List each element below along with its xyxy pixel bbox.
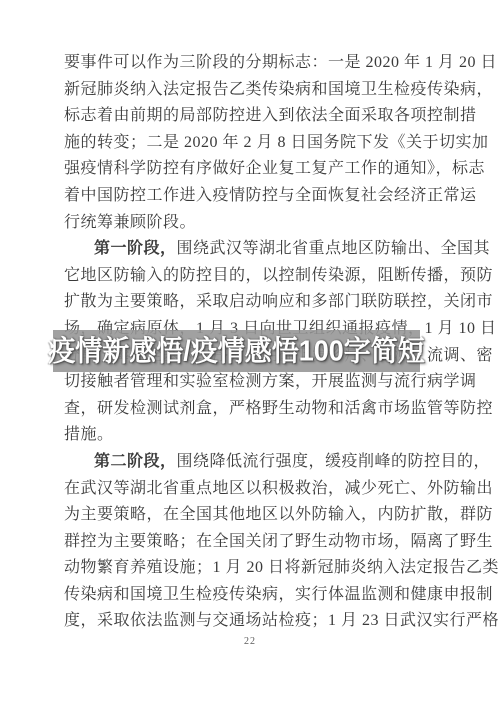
text-line-paragraph-start: 第一阶段，围绕武汉等湖北省重点地区防输出、全国其 [64, 236, 436, 263]
paragraph-heading-phase-2: 第二阶段， [94, 453, 177, 470]
text-line: 查，研发检测试剂盒，严格野生动物和活禽市场监管等防控 [64, 396, 436, 423]
text-line-content: 为主要策略，在全国其他地区以外防输入，内防扩散，群防 [64, 506, 493, 523]
watermark-title-banner: 疫情新感悟/疫情感悟100字简短 [53, 330, 420, 372]
text-line: 施的转变；二是 2020 年 2 月 8 日国务院下发《关于切实加 [64, 130, 436, 157]
text-line: 新冠肺炎纳入法定报告乙类传染病和国境卫生检疫传染病， [64, 77, 436, 104]
text-line-content: 动物繁育养殖设施；1 月 20 日将新冠肺炎纳入法定报告乙类 [64, 559, 499, 576]
text-line: 切接触者管理和实验室检测方案，开展监测与流行病学调 [64, 369, 436, 396]
text-line-content: 在武汉等湖北省重点地区以积极救治，减少死亡、外防输出 [64, 480, 493, 497]
text-line-content: 围绕降低流行强度，缓疫削峰的防控目的， [177, 453, 491, 470]
text-line-content: 群控为主要策略；在全国关闭了野生动物市场，隔离了野生 [64, 533, 493, 550]
text-line: 为主要策略，在全国其他地区以外防输入，内防扩散，群防 [64, 502, 436, 529]
text-line: 行统筹兼顾阶段。 [64, 210, 436, 237]
text-line: 群控为主要策略；在全国关闭了野生动物市场，隔离了野生 [64, 529, 436, 556]
text-line-content: 切接触者管理和实验室检测方案，开展监测与流行病学调 [64, 373, 477, 390]
text-line-content: 传染病和国境卫生检疫传染病，实行体温监测和健康申报制 [64, 586, 493, 603]
text-line: 动物繁育养殖设施；1 月 20 日将新冠肺炎纳入法定报告乙类 [64, 555, 436, 582]
text-line-content: 强疫情科学防控有序做好企业复工复产工作的通知》，标志 [64, 160, 485, 177]
text-line: 措施。 [64, 422, 436, 449]
text-line-content: 新冠肺炎纳入法定报告乙类传染病和国境卫生检疫传染病， [64, 81, 493, 98]
text-line-content: 着中国防控工作进入疫情防控与全面恢复社会经济正常运 [64, 187, 477, 204]
text-line: 传染病和国境卫生检疫传染病，实行体温监测和健康申报制 [64, 582, 436, 609]
text-line: 要事件可以作为三阶段的分期标志：一是 2020 年 1 月 20 日 [64, 50, 436, 77]
text-line: 扩散为主要策略，采取启动响应和多部门联防联控，关闭市 [64, 289, 436, 316]
text-line-content: 行统筹兼顾阶段。 [64, 214, 196, 231]
text-line-content: 它地区防输入的防控目的，以控制传染源，阻断传播，预防 [64, 267, 493, 284]
text-line-content: 标志着由前期的局部防控进入到依法全面采取各项控制措 [64, 107, 477, 124]
text-line: 强疫情科学防控有序做好企业复工复产工作的通知》，标志 [64, 156, 436, 183]
text-line-content: 措施。 [64, 426, 114, 443]
text-line-content: 查，研发检测试剂盒，严格野生动物和活禽市场监管等防控 [64, 400, 493, 417]
text-line-paragraph-start: 第二阶段，围绕降低流行强度，缓疫削峰的防控目的， [64, 449, 436, 476]
paragraph-heading-phase-1: 第一阶段， [94, 240, 177, 257]
text-line: 标志着由前期的局部防控进入到依法全面采取各项控制措 [64, 103, 436, 130]
text-line: 度，采取依法监测与交通场站检疫；1 月 23 日武汉实行严格 [64, 608, 436, 635]
text-line-content: 扩散为主要策略，采取启动响应和多部门联防联控，关闭市 [64, 293, 493, 310]
document-page: 要事件可以作为三阶段的分期标志：一是 2020 年 1 月 20 日 新冠肺炎纳… [0, 0, 500, 706]
text-line-content: 围绕武汉等湖北省重点地区防输出、全国其 [177, 240, 491, 257]
text-line: 它地区防输入的防控目的，以控制传染源，阻断传播，预防 [64, 263, 436, 290]
text-line-content: 施的转变；二是 2020 年 2 月 8 日国务院下发《关于切实加 [64, 134, 489, 151]
text-line: 着中国防控工作进入疫情防控与全面恢复社会经济正常运 [64, 183, 436, 210]
text-line: 在武汉等湖北省重点地区以积极救治，减少死亡、外防输出 [64, 476, 436, 503]
watermark-title-text: 疫情新感悟/疫情感悟100字简短 [48, 337, 425, 366]
text-line-content: 要事件可以作为三阶段的分期标志：一是 2020 年 1 月 20 日 [64, 54, 497, 71]
page-number: 22 [64, 636, 436, 647]
text-line-content: 度，采取依法监测与交通场站检疫；1 月 23 日武汉实行严格 [64, 612, 499, 629]
